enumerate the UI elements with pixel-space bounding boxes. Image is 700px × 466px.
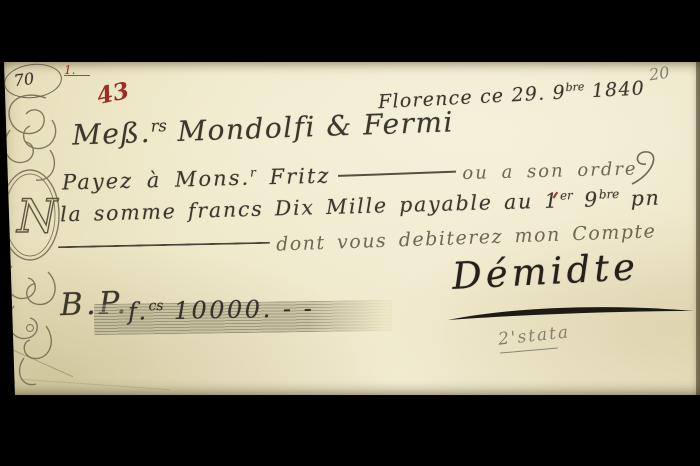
red-number-43: 43 [95,77,132,110]
dateline-sup: bre [565,80,584,94]
dateline-year: 1840 [584,77,645,102]
amount-sup-er: er [560,188,573,202]
stamp-number: 70 [13,69,36,90]
amount-sup-bre: bre [599,187,620,202]
currency-sup: cs [148,298,163,314]
filler-dash [338,170,456,176]
or-order-text: ou a son ordre [462,158,638,184]
red-note-text: 1. [64,63,75,77]
amount-number: 10000. - - [163,294,314,325]
cheque-scan: N 70 1. 43 20 Florence ce 29. 9bre 1840 … [0,0,700,466]
pay-order-prefix: Payez à Mons. [62,166,251,195]
pencil-folio-number: 20 [648,63,671,85]
pencil-annotation: 2'stata [497,322,571,349]
red-note-small: 1. [64,63,90,76]
engraved-border-ornament: N [0,90,66,395]
scan-edge-shadow [696,62,700,395]
amount-figures: f.cs 10000. - - [128,294,315,325]
amount-words: la somme francs Dix Mille payable au 1 [60,188,560,226]
signature-underline-flourish [446,302,698,326]
addressee-prefix: Meß. [72,116,152,152]
currency-letter: f. [128,297,149,325]
addressee-sup: rs [150,116,167,136]
amount-month-digit: 9 [573,187,600,212]
addressee-line: Meß.rs Mondolfi & Fermi [72,105,455,151]
paraph-curl [628,146,662,186]
signature: Démidte [451,245,640,298]
amount-suffix: pn [619,186,661,211]
addressee-names: Mondolfi & Fermi [166,105,454,148]
ruled-line [58,242,270,248]
monogram-letter: N [16,189,59,243]
cheque-paper: N 70 1. 43 20 Florence ce 29. 9bre 1840 … [0,62,700,395]
payee-name: Fritz [256,164,331,190]
